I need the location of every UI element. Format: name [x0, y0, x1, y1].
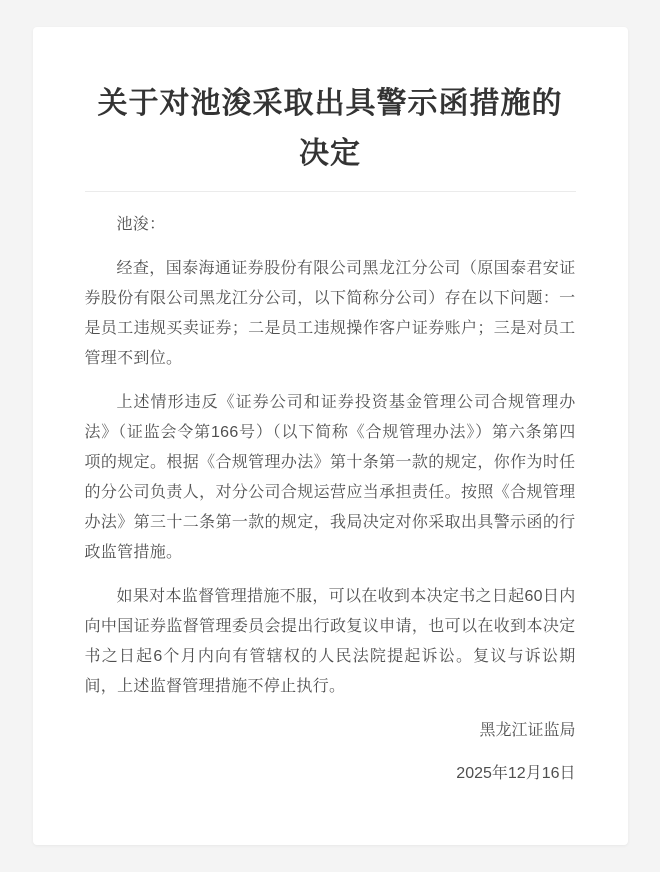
title-divider	[85, 191, 576, 192]
salutation: 池浚：	[85, 210, 576, 240]
page-background: { "document": { "title": "关于对池浚采取出具警示函措施…	[0, 0, 660, 872]
issuer-signature: 黑龙江证监局	[85, 716, 576, 746]
paragraph-appeal-rights: 如果对本监督管理措施不服，可以在收到本决定书之日起60日内向中国证券监督管理委员…	[85, 582, 576, 702]
paragraph-findings: 经查，国泰海通证券股份有限公司黑龙江分公司（原国泰君安证券股份有限公司黑龙江分公…	[85, 254, 576, 374]
document-title: 关于对池浚采取出具警示函措施的决定	[85, 79, 576, 179]
issue-date: 2025年12月16日	[85, 759, 576, 789]
document-card: 关于对池浚采取出具警示函措施的决定 池浚： 经查，国泰海通证券股份有限公司黑龙江…	[33, 27, 628, 845]
paragraph-legal-basis: 上述情形违反《证券公司和证券投资基金管理公司合规管理办法》（证监会令第166号）…	[85, 388, 576, 568]
